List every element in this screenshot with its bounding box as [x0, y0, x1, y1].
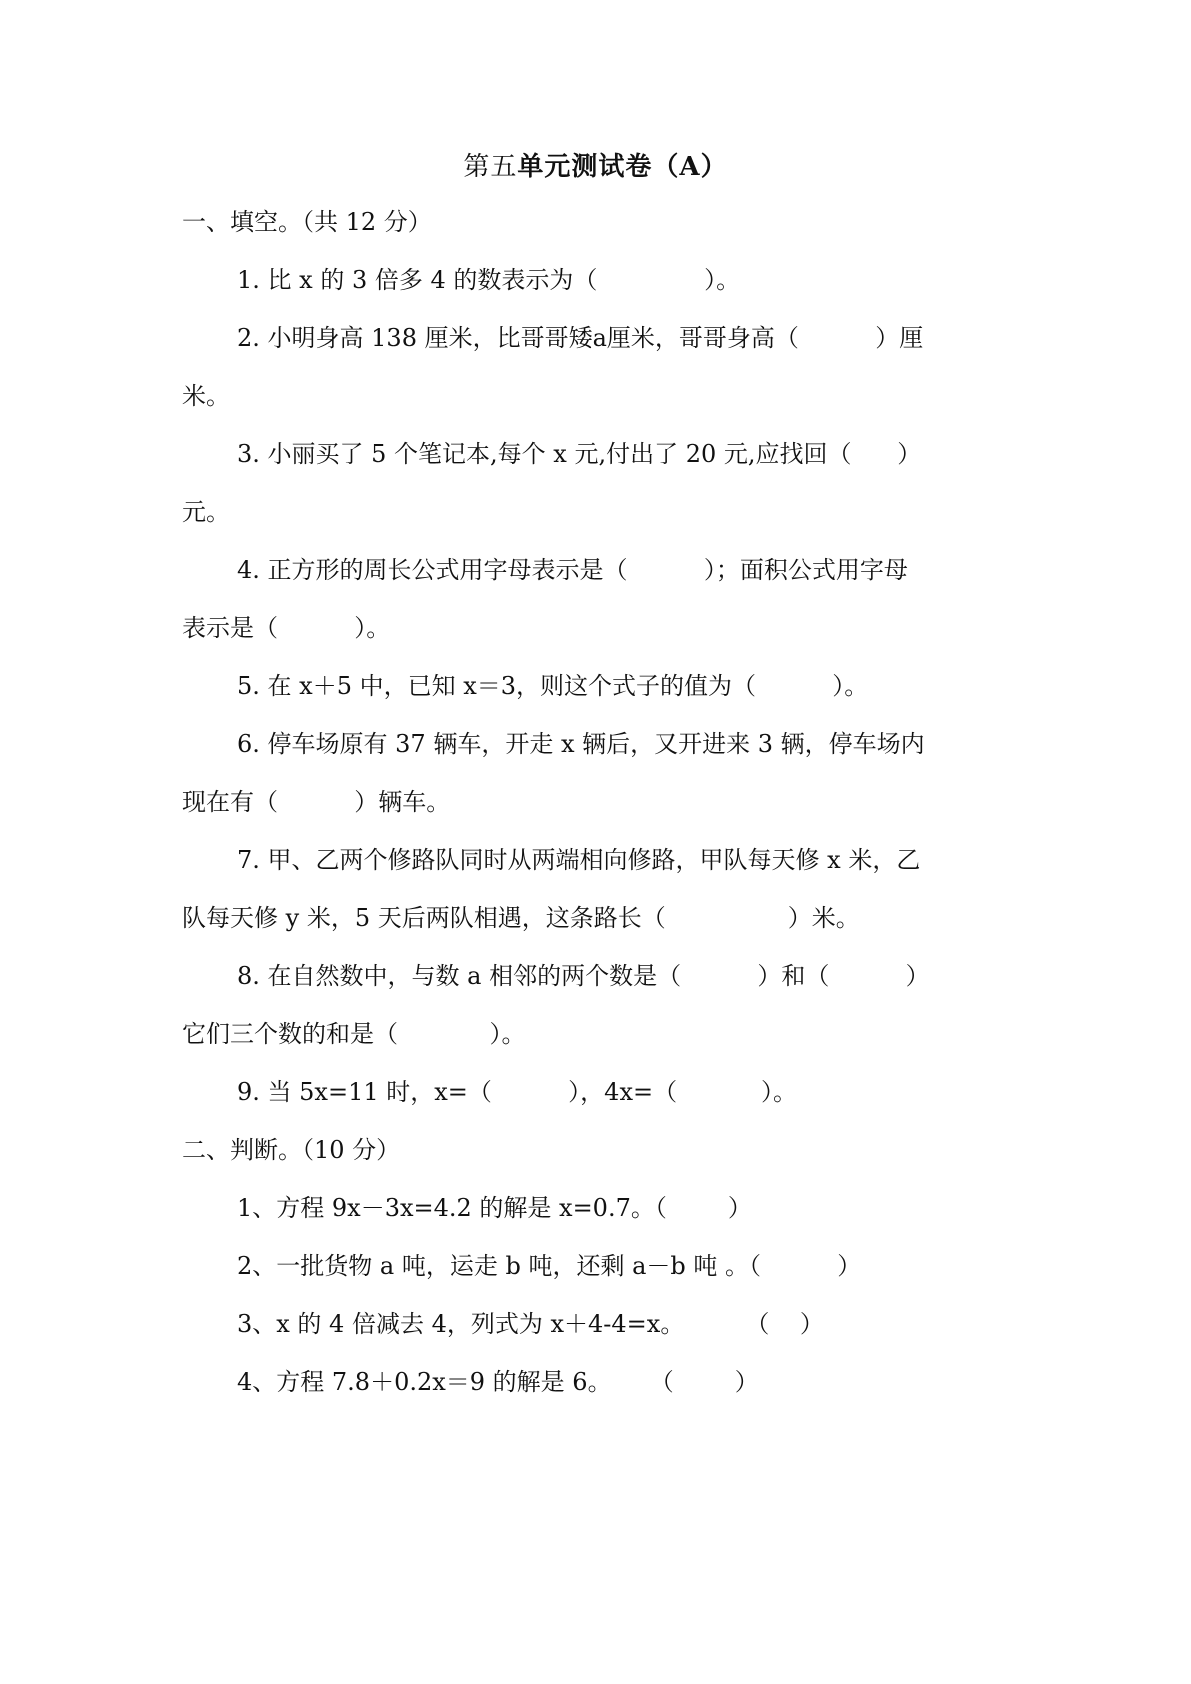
question-5: 5. 在 x＋5 中，已知 x＝3，则这个式子的值为（ ）。 — [237, 674, 868, 698]
judge-question-1: 1、方程 9x－3x=4.2 的解是 x=0.7。（ ） — [237, 1196, 752, 1220]
question-2-line2: 米。 — [182, 384, 230, 408]
question-3-line1: 3. 小丽买了 5 个笔记本,每个 x 元,付出了 20 元,应找回（ ） — [237, 442, 921, 466]
question-8-line1: 8. 在自然数中，与数 a 相邻的两个数是（ ）和（ ） — [237, 964, 930, 988]
question-6-line2: 现在有（ ）辆车。 — [182, 790, 450, 814]
question-1: 1. 比 x 的 3 倍多 4 的数表示为（ ）。 — [237, 268, 740, 292]
question-3-line2: 元。 — [182, 500, 230, 524]
question-4-line1: 4. 正方形的周长公式用字母表示是（ ）；面积公式用字母 — [237, 558, 908, 582]
question-6-line1: 6. 停车场原有 37 辆车，开走 x 辆后，又开进来 3 辆，停车场内 — [237, 732, 925, 756]
judge-question-2: 2、一批货物 a 吨，运走 b 吨，还剩 a－b 吨 。（ ） — [237, 1254, 861, 1278]
question-8-line2: 它们三个数的和是（ ）。 — [182, 1022, 526, 1046]
question-7-line2: 队每天修 y 米，5 天后两队相遇，这条路长（ ）米。 — [182, 906, 860, 930]
title-prefix: 第五 — [463, 152, 517, 182]
question-7-line1: 7. 甲、乙两个修路队同时从两端相向修路，甲队每天修 x 米，乙 — [237, 848, 920, 872]
judge-question-4: 4、方程 7.8＋0.2x＝9 的解是 6。 （ ） — [237, 1370, 759, 1394]
question-2-line1: 2. 小明身高 138 厘米，比哥哥矮a厘米，哥哥身高（ ）厘 — [237, 326, 923, 350]
section-heading-true-false: 二、判断。（10 分） — [182, 1138, 400, 1162]
page-title: 第五单元测试卷（A） — [0, 146, 1191, 183]
judge-question-3: 3、x 的 4 倍减去 4，列式为 x＋4-4=x。 （ ） — [237, 1312, 824, 1336]
question-4-line2: 表示是（ ）。 — [182, 616, 390, 640]
question-9: 9. 当 5x=11 时，x=（ ），4x=（ ）。 — [237, 1080, 797, 1104]
title-main: 单元测试卷（A） — [517, 152, 727, 182]
section-heading-fill-blank: 一、填空。（共 12 分） — [182, 210, 432, 234]
